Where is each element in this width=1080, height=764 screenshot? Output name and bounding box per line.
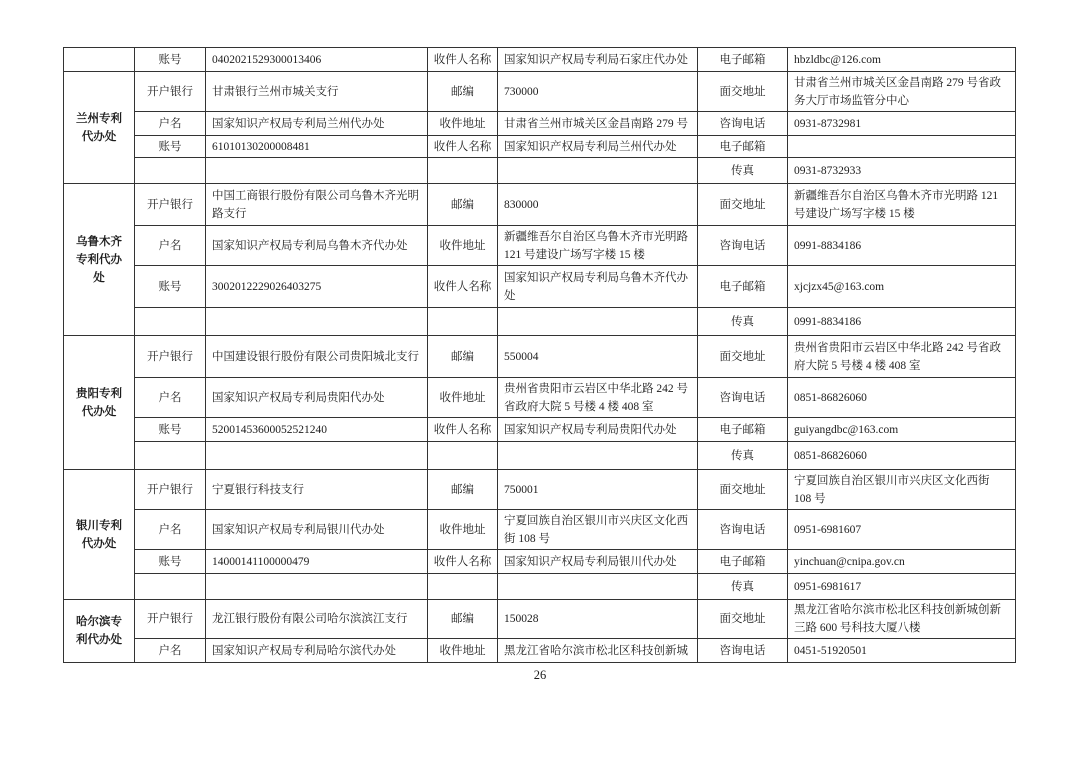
field-value bbox=[206, 158, 428, 184]
field-value: 国家知识产权局专利局兰州代办处 bbox=[498, 136, 698, 158]
field-label bbox=[428, 574, 498, 600]
field-value: 730000 bbox=[498, 72, 698, 112]
field-label: 收件人名称 bbox=[428, 418, 498, 442]
field-value: 国家知识产权局专利局银川代办处 bbox=[206, 510, 428, 550]
field-value: 0931-8732933 bbox=[788, 158, 1016, 184]
field-label: 户名 bbox=[135, 510, 206, 550]
table-row: 户名 国家知识产权局专利局兰州代办处 收件地址 甘肃省兰州市城关区金昌南路 27… bbox=[64, 112, 1016, 136]
field-label: 户名 bbox=[135, 112, 206, 136]
field-label: 传真 bbox=[698, 308, 788, 336]
field-label: 面交地址 bbox=[698, 184, 788, 226]
table-row: 兰州专利代办处 开户银行 甘肃银行兰州市城关支行 邮编 730000 面交地址 … bbox=[64, 72, 1016, 112]
field-label bbox=[135, 574, 206, 600]
field-value: 国家知识产权局专利局银川代办处 bbox=[498, 550, 698, 574]
field-value: 国家知识产权局专利局贵阳代办处 bbox=[498, 418, 698, 442]
field-value: 0931-8732981 bbox=[788, 112, 1016, 136]
field-label: 面交地址 bbox=[698, 600, 788, 639]
field-value: 国家知识产权局专利局贵阳代办处 bbox=[206, 378, 428, 418]
field-value: 宁夏银行科技支行 bbox=[206, 470, 428, 510]
field-label: 邮编 bbox=[428, 470, 498, 510]
field-label: 邮编 bbox=[428, 184, 498, 226]
field-value: 0951-6981617 bbox=[788, 574, 1016, 600]
table-row: 传真 0851-86826060 bbox=[64, 442, 1016, 470]
office-name-cell: 乌鲁木齐专利代办处 bbox=[64, 184, 135, 336]
field-value: 0851-86826060 bbox=[788, 442, 1016, 470]
field-label: 电子邮箱 bbox=[698, 48, 788, 72]
table-row: 传真 0991-8834186 bbox=[64, 308, 1016, 336]
field-value: 0991-8834186 bbox=[788, 308, 1016, 336]
patent-office-contact-table: 账号 0402021529300013406 收件人名称 国家知识产权局专利局石… bbox=[63, 47, 1016, 663]
field-label: 咨询电话 bbox=[698, 639, 788, 663]
field-label bbox=[135, 442, 206, 470]
field-label: 账号 bbox=[135, 48, 206, 72]
field-label bbox=[135, 308, 206, 336]
field-value: 新疆维吾尔自治区乌鲁木齐市光明路 121 号建设广场写字楼 15 楼 bbox=[788, 184, 1016, 226]
field-value: 830000 bbox=[498, 184, 698, 226]
office-name-cell bbox=[64, 48, 135, 72]
field-label: 收件地址 bbox=[428, 112, 498, 136]
field-value bbox=[498, 158, 698, 184]
field-value bbox=[498, 442, 698, 470]
office-name-cell: 贵阳专利代办处 bbox=[64, 336, 135, 470]
field-label bbox=[135, 158, 206, 184]
field-value: 0951-6981607 bbox=[788, 510, 1016, 550]
office-name-cell: 哈尔滨专利代办处 bbox=[64, 600, 135, 663]
field-label bbox=[428, 158, 498, 184]
field-label: 账号 bbox=[135, 418, 206, 442]
field-value: 宁夏回族自治区银川市兴庆区文化西街 108 号 bbox=[498, 510, 698, 550]
field-value: 宁夏回族自治区银川市兴庆区文化西街 108 号 bbox=[788, 470, 1016, 510]
field-label: 传真 bbox=[698, 574, 788, 600]
field-value bbox=[498, 574, 698, 600]
field-value: 750001 bbox=[498, 470, 698, 510]
field-label: 电子邮箱 bbox=[698, 550, 788, 574]
table-row: 乌鲁木齐专利代办处 开户银行 中国工商银行股份有限公司乌鲁木齐光明路支行 邮编 … bbox=[64, 184, 1016, 226]
field-label: 咨询电话 bbox=[698, 226, 788, 266]
field-label: 收件人名称 bbox=[428, 136, 498, 158]
table-row: 账号 0402021529300013406 收件人名称 国家知识产权局专利局石… bbox=[64, 48, 1016, 72]
field-value: 甘肃省兰州市城关区金昌南路 279 号 bbox=[498, 112, 698, 136]
field-label: 传真 bbox=[698, 442, 788, 470]
field-label: 电子邮箱 bbox=[698, 418, 788, 442]
field-value: 贵州省贵阳市云岩区中华北路 242 号省政府大院 5 号楼 4 楼 408 室 bbox=[788, 336, 1016, 378]
field-label: 收件地址 bbox=[428, 378, 498, 418]
field-value: 龙江银行股份有限公司哈尔滨滨江支行 bbox=[206, 600, 428, 639]
field-label: 户名 bbox=[135, 378, 206, 418]
office-name-cell: 银川专利代办处 bbox=[64, 470, 135, 600]
table-row: 户名 国家知识产权局专利局乌鲁木齐代办处 收件地址 新疆维吾尔自治区乌鲁木齐市光… bbox=[64, 226, 1016, 266]
field-value: 甘肃省兰州市城关区金昌南路 279 号省政务大厅市场监管分中心 bbox=[788, 72, 1016, 112]
field-value: 150028 bbox=[498, 600, 698, 639]
field-value: 52001453600052521240 bbox=[206, 418, 428, 442]
field-label: 账号 bbox=[135, 136, 206, 158]
field-value: 0402021529300013406 bbox=[206, 48, 428, 72]
field-label: 邮编 bbox=[428, 336, 498, 378]
field-value: 中国工商银行股份有限公司乌鲁木齐光明路支行 bbox=[206, 184, 428, 226]
field-value: guiyangdbc@163.com bbox=[788, 418, 1016, 442]
field-label: 开户银行 bbox=[135, 72, 206, 112]
field-label bbox=[428, 442, 498, 470]
field-value: 国家知识产权局专利局石家庄代办处 bbox=[498, 48, 698, 72]
field-value: 中国建设银行股份有限公司贵阳城北支行 bbox=[206, 336, 428, 378]
field-value: 国家知识产权局专利局哈尔滨代办处 bbox=[206, 639, 428, 663]
field-label: 户名 bbox=[135, 226, 206, 266]
field-label: 开户银行 bbox=[135, 470, 206, 510]
field-value: hbzldbc@126.com bbox=[788, 48, 1016, 72]
field-value bbox=[498, 308, 698, 336]
field-label: 传真 bbox=[698, 158, 788, 184]
field-label: 咨询电话 bbox=[698, 112, 788, 136]
field-value: 国家知识产权局专利局乌鲁木齐代办处 bbox=[206, 226, 428, 266]
field-label: 开户银行 bbox=[135, 184, 206, 226]
field-value: 0991-8834186 bbox=[788, 226, 1016, 266]
table-row: 户名 国家知识产权局专利局哈尔滨代办处 收件地址 黑龙江省哈尔滨市松北区科技创新… bbox=[64, 639, 1016, 663]
field-value: xjcjzx45@163.com bbox=[788, 266, 1016, 308]
table-row: 账号 61010130200008481 收件人名称 国家知识产权局专利局兰州代… bbox=[64, 136, 1016, 158]
field-label: 面交地址 bbox=[698, 336, 788, 378]
field-label: 开户银行 bbox=[135, 600, 206, 639]
field-label: 面交地址 bbox=[698, 72, 788, 112]
field-value: 甘肃银行兰州市城关支行 bbox=[206, 72, 428, 112]
field-value: 0451-51920501 bbox=[788, 639, 1016, 663]
table-row: 传真 0931-8732933 bbox=[64, 158, 1016, 184]
field-value: yinchuan@cnipa.gov.cn bbox=[788, 550, 1016, 574]
field-label: 收件人名称 bbox=[428, 550, 498, 574]
field-value: 14000141100000479 bbox=[206, 550, 428, 574]
field-label: 咨询电话 bbox=[698, 378, 788, 418]
field-value: 550004 bbox=[498, 336, 698, 378]
office-name-cell: 兰州专利代办处 bbox=[64, 72, 135, 184]
table-row: 贵阳专利代办处 开户银行 中国建设银行股份有限公司贵阳城北支行 邮编 55000… bbox=[64, 336, 1016, 378]
field-value bbox=[788, 136, 1016, 158]
field-value: 国家知识产权局专利局乌鲁木齐代办处 bbox=[498, 266, 698, 308]
field-label: 邮编 bbox=[428, 72, 498, 112]
field-label: 咨询电话 bbox=[698, 510, 788, 550]
field-label: 收件地址 bbox=[428, 226, 498, 266]
field-value: 黑龙江省哈尔滨市松北区科技创新城创新三路 600 号科技大厦八楼 bbox=[788, 600, 1016, 639]
table-row: 哈尔滨专利代办处 开户银行 龙江银行股份有限公司哈尔滨滨江支行 邮编 15002… bbox=[64, 600, 1016, 639]
table-row: 银川专利代办处 开户银行 宁夏银行科技支行 邮编 750001 面交地址 宁夏回… bbox=[64, 470, 1016, 510]
field-label bbox=[428, 308, 498, 336]
field-label: 开户银行 bbox=[135, 336, 206, 378]
field-label: 邮编 bbox=[428, 600, 498, 639]
field-label: 收件人名称 bbox=[428, 266, 498, 308]
field-label: 收件地址 bbox=[428, 510, 498, 550]
field-value: 3002012229026403275 bbox=[206, 266, 428, 308]
field-label: 收件人名称 bbox=[428, 48, 498, 72]
field-label: 收件地址 bbox=[428, 639, 498, 663]
field-value: 0851-86826060 bbox=[788, 378, 1016, 418]
field-label: 面交地址 bbox=[698, 470, 788, 510]
field-value bbox=[206, 308, 428, 336]
field-label: 电子邮箱 bbox=[698, 266, 788, 308]
field-label: 户名 bbox=[135, 639, 206, 663]
field-value: 新疆维吾尔自治区乌鲁木齐市光明路 121 号建设广场写字楼 15 楼 bbox=[498, 226, 698, 266]
document-page: { "page": { "number": "26", "background_… bbox=[0, 0, 1080, 764]
page-number: 26 bbox=[0, 668, 1080, 683]
field-value: 61010130200008481 bbox=[206, 136, 428, 158]
field-value bbox=[206, 574, 428, 600]
table-row: 账号 14000141100000479 收件人名称 国家知识产权局专利局银川代… bbox=[64, 550, 1016, 574]
field-value bbox=[206, 442, 428, 470]
table-row: 账号 52001453600052521240 收件人名称 国家知识产权局专利局… bbox=[64, 418, 1016, 442]
field-value: 贵州省贵阳市云岩区中华北路 242 号省政府大院 5 号楼 4 楼 408 室 bbox=[498, 378, 698, 418]
table-row: 户名 国家知识产权局专利局银川代办处 收件地址 宁夏回族自治区银川市兴庆区文化西… bbox=[64, 510, 1016, 550]
field-value: 黑龙江省哈尔滨市松北区科技创新城 bbox=[498, 639, 698, 663]
field-label: 账号 bbox=[135, 550, 206, 574]
table-row: 账号 3002012229026403275 收件人名称 国家知识产权局专利局乌… bbox=[64, 266, 1016, 308]
table-row: 户名 国家知识产权局专利局贵阳代办处 收件地址 贵州省贵阳市云岩区中华北路 24… bbox=[64, 378, 1016, 418]
field-label: 电子邮箱 bbox=[698, 136, 788, 158]
field-value: 国家知识产权局专利局兰州代办处 bbox=[206, 112, 428, 136]
field-label: 账号 bbox=[135, 266, 206, 308]
table-row: 传真 0951-6981617 bbox=[64, 574, 1016, 600]
